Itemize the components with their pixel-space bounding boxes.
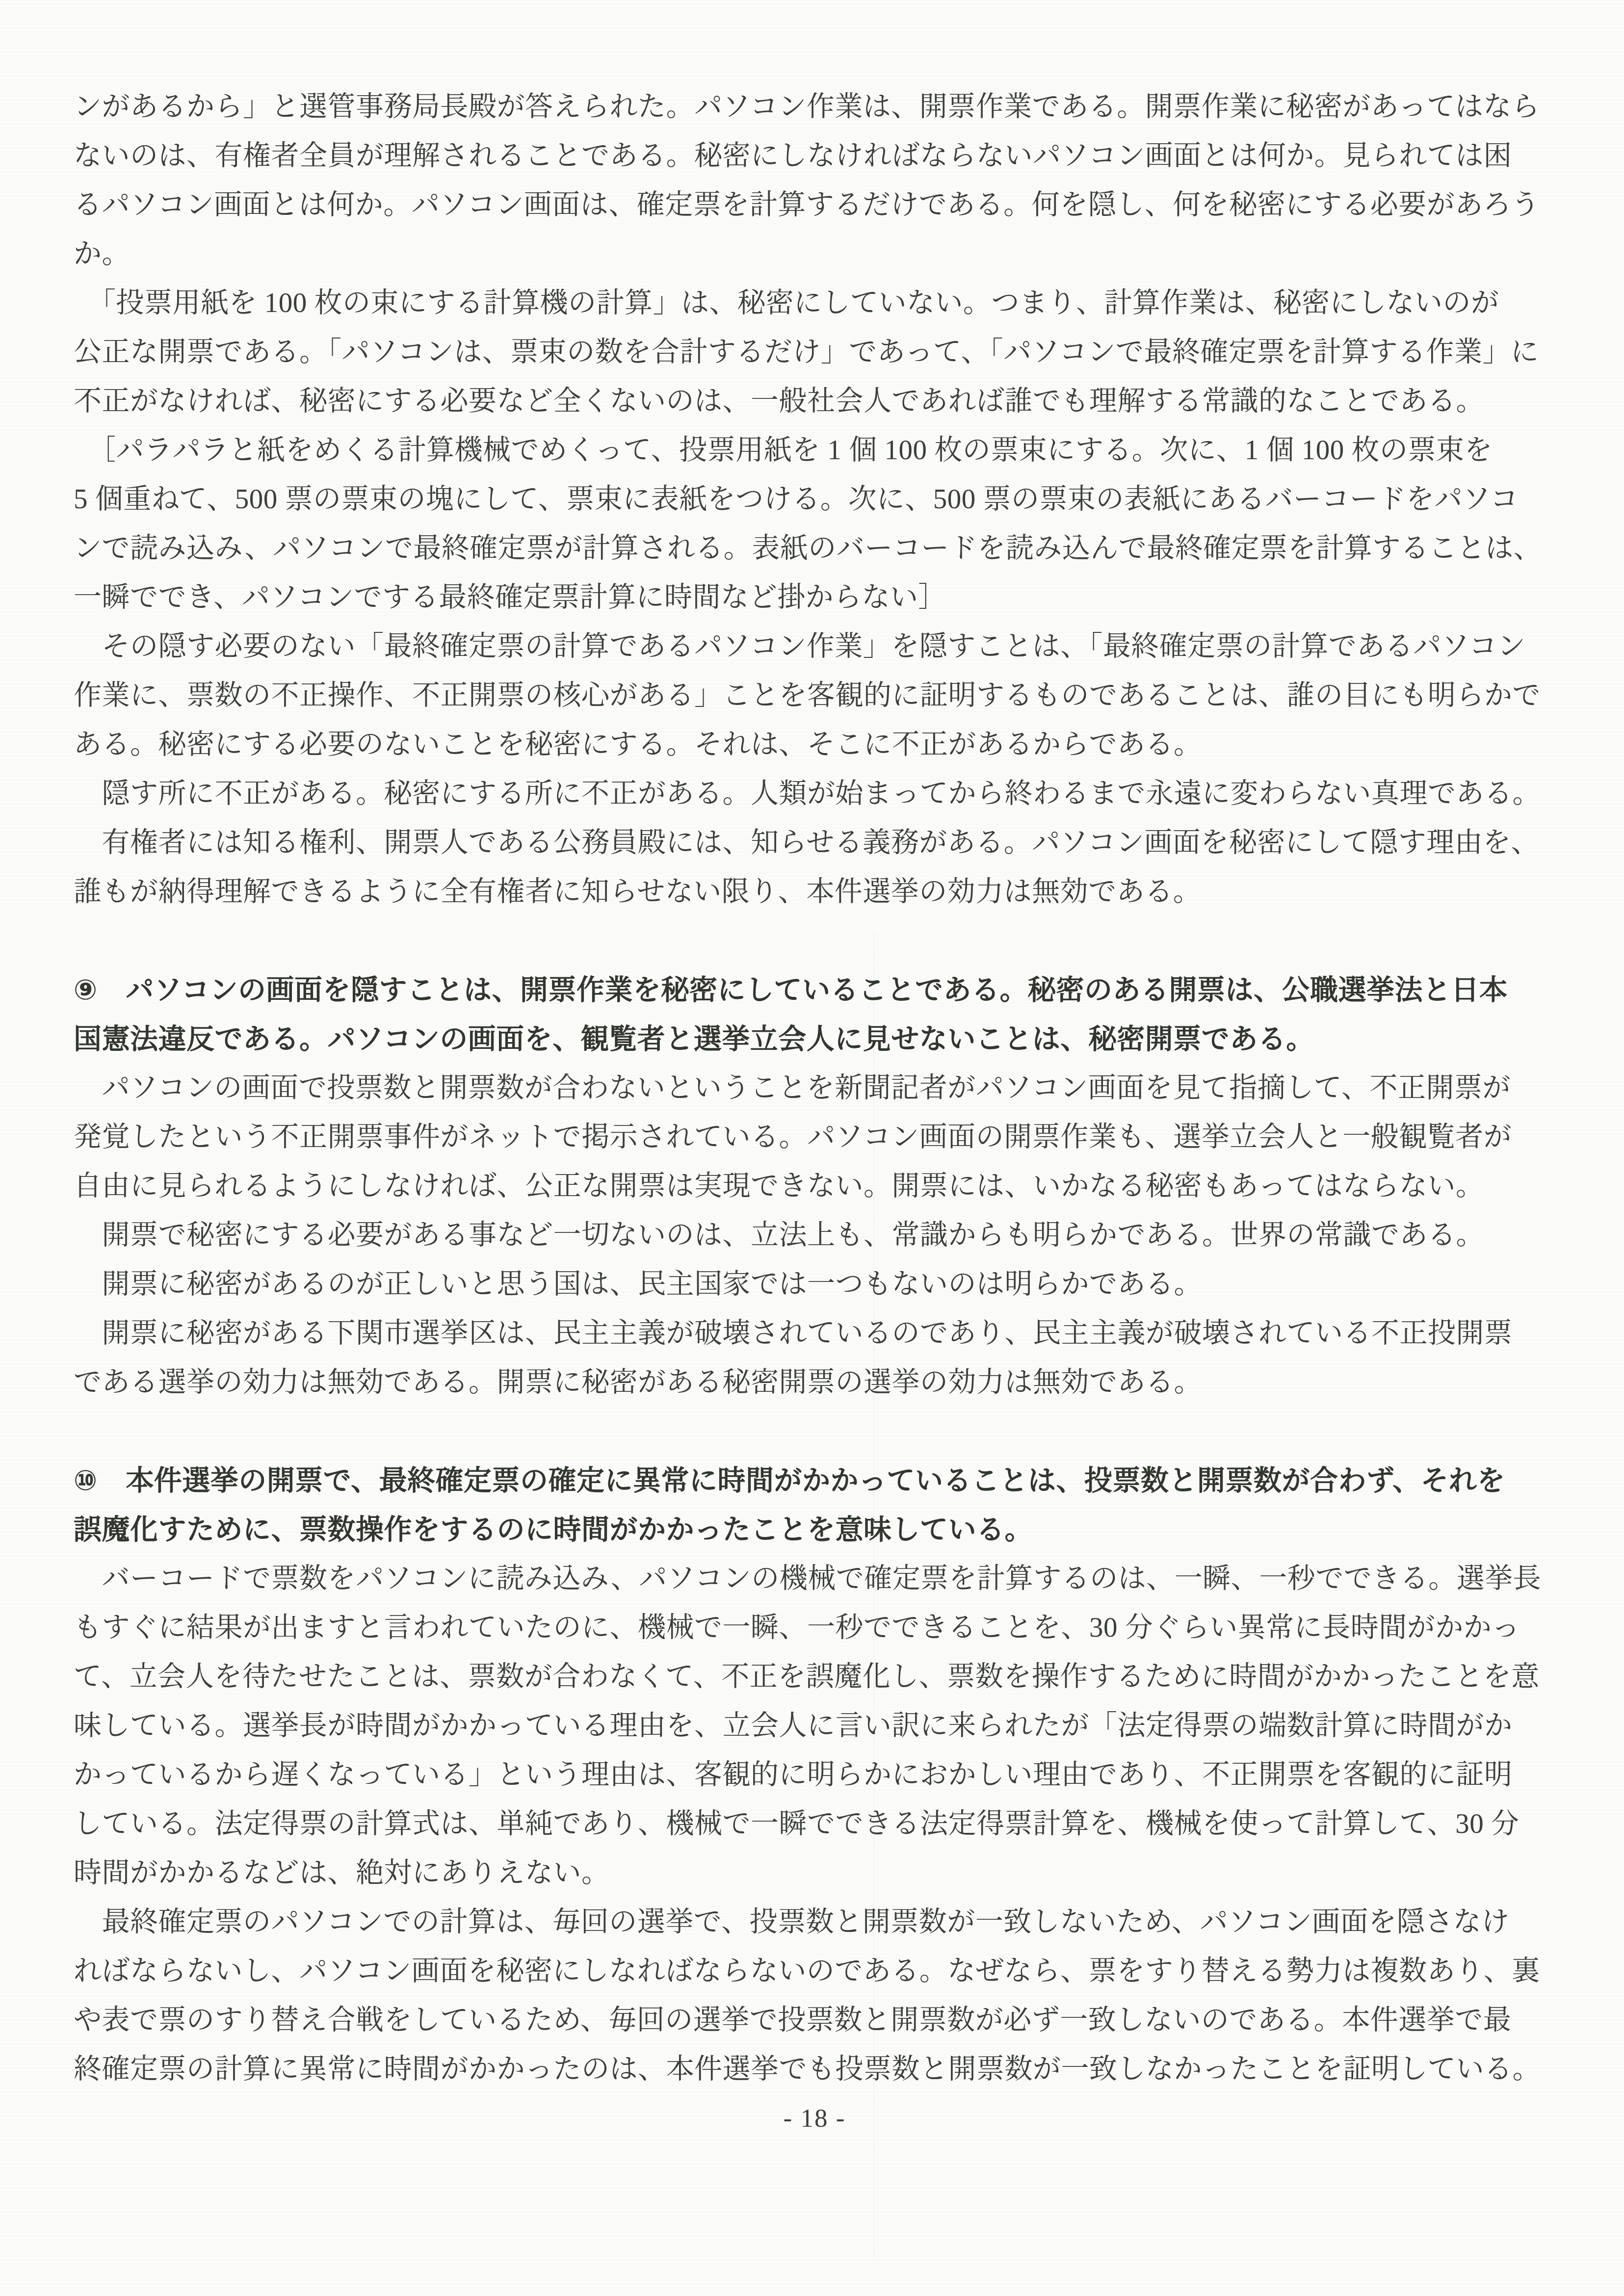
paragraph-truth-of-secrecy: 隠す所に不正がある。秘密にする所に不正がある。人類が始まってから終わるまで永遠に…	[74, 769, 1555, 818]
scan-fold-artifact	[873, 932, 874, 2257]
paragraph-barcode-delay: バーコードで票数をパソコンに読み込み、パソコンの機械で確定票を計算するのは、一瞬…	[74, 1554, 1555, 1898]
paragraph-continuation: ンがあるから」と選管事務局長殿が答えられた。パソコン作業は、開票作業である。開票…	[74, 82, 1555, 279]
section-10-heading: ⑩ 本件選挙の開票で、最終確定票の確定に異常に時間がかかっていることは、投票数と…	[74, 1456, 1555, 1554]
scanned-document-page: ンがあるから」と選管事務局長殿が答えられた。パソコン作業は、開票作業である。開票…	[0, 0, 1624, 2296]
paragraph-no-democratic-nation: 開票に秘密があるのが正しいと思う国は、民主国家では一つもないのは明らかである。	[74, 1260, 1555, 1309]
paragraph-no-need-for-secrecy: 開票で秘密にする必要がある事など一切ないのは、立法上も、常識からも明らかである。…	[74, 1211, 1555, 1260]
paragraph-shimonoseki-district: 開票に秘密がある下関市選挙区は、民主主義が破壊されているのであり、民主主義が破壊…	[74, 1309, 1555, 1407]
paragraph-right-to-know: 有権者には知る権利、開票人である公務員殿には、知らせる義務がある。パソコン画面を…	[74, 818, 1555, 916]
page-number: - 18 -	[74, 2094, 1555, 2143]
paragraph-hiding-proves-fraud: その隠す必要のない「最終確定票の計算であるパソコン作業」を隠すことは、「最終確定…	[74, 622, 1555, 769]
paragraph-final-vote-mismatch: 最終確定票のパソコンでの計算は、毎回の選挙で、投票数と開票数が一致しないため、パ…	[74, 1898, 1555, 2094]
paragraph-bracket-note: ［パラパラと紙をめくる計算機械でめくって、投票用紙を 1 個 100 枚の票束に…	[74, 426, 1555, 622]
paragraph-newspaper-incident: パソコンの画面で投票数と開票数が合わないということを新聞記者がパソコン画面を見て…	[74, 1064, 1555, 1211]
section-9-heading: ⑨ パソコンの画面を隠すことは、開票作業を秘密にしていることである。秘密のある開…	[74, 965, 1555, 1064]
paragraph-ballot-counting-machine: 「投票用紙を 100 枚の束にする計算機の計算」は、秘密にしていない。つまり、計…	[74, 279, 1555, 426]
